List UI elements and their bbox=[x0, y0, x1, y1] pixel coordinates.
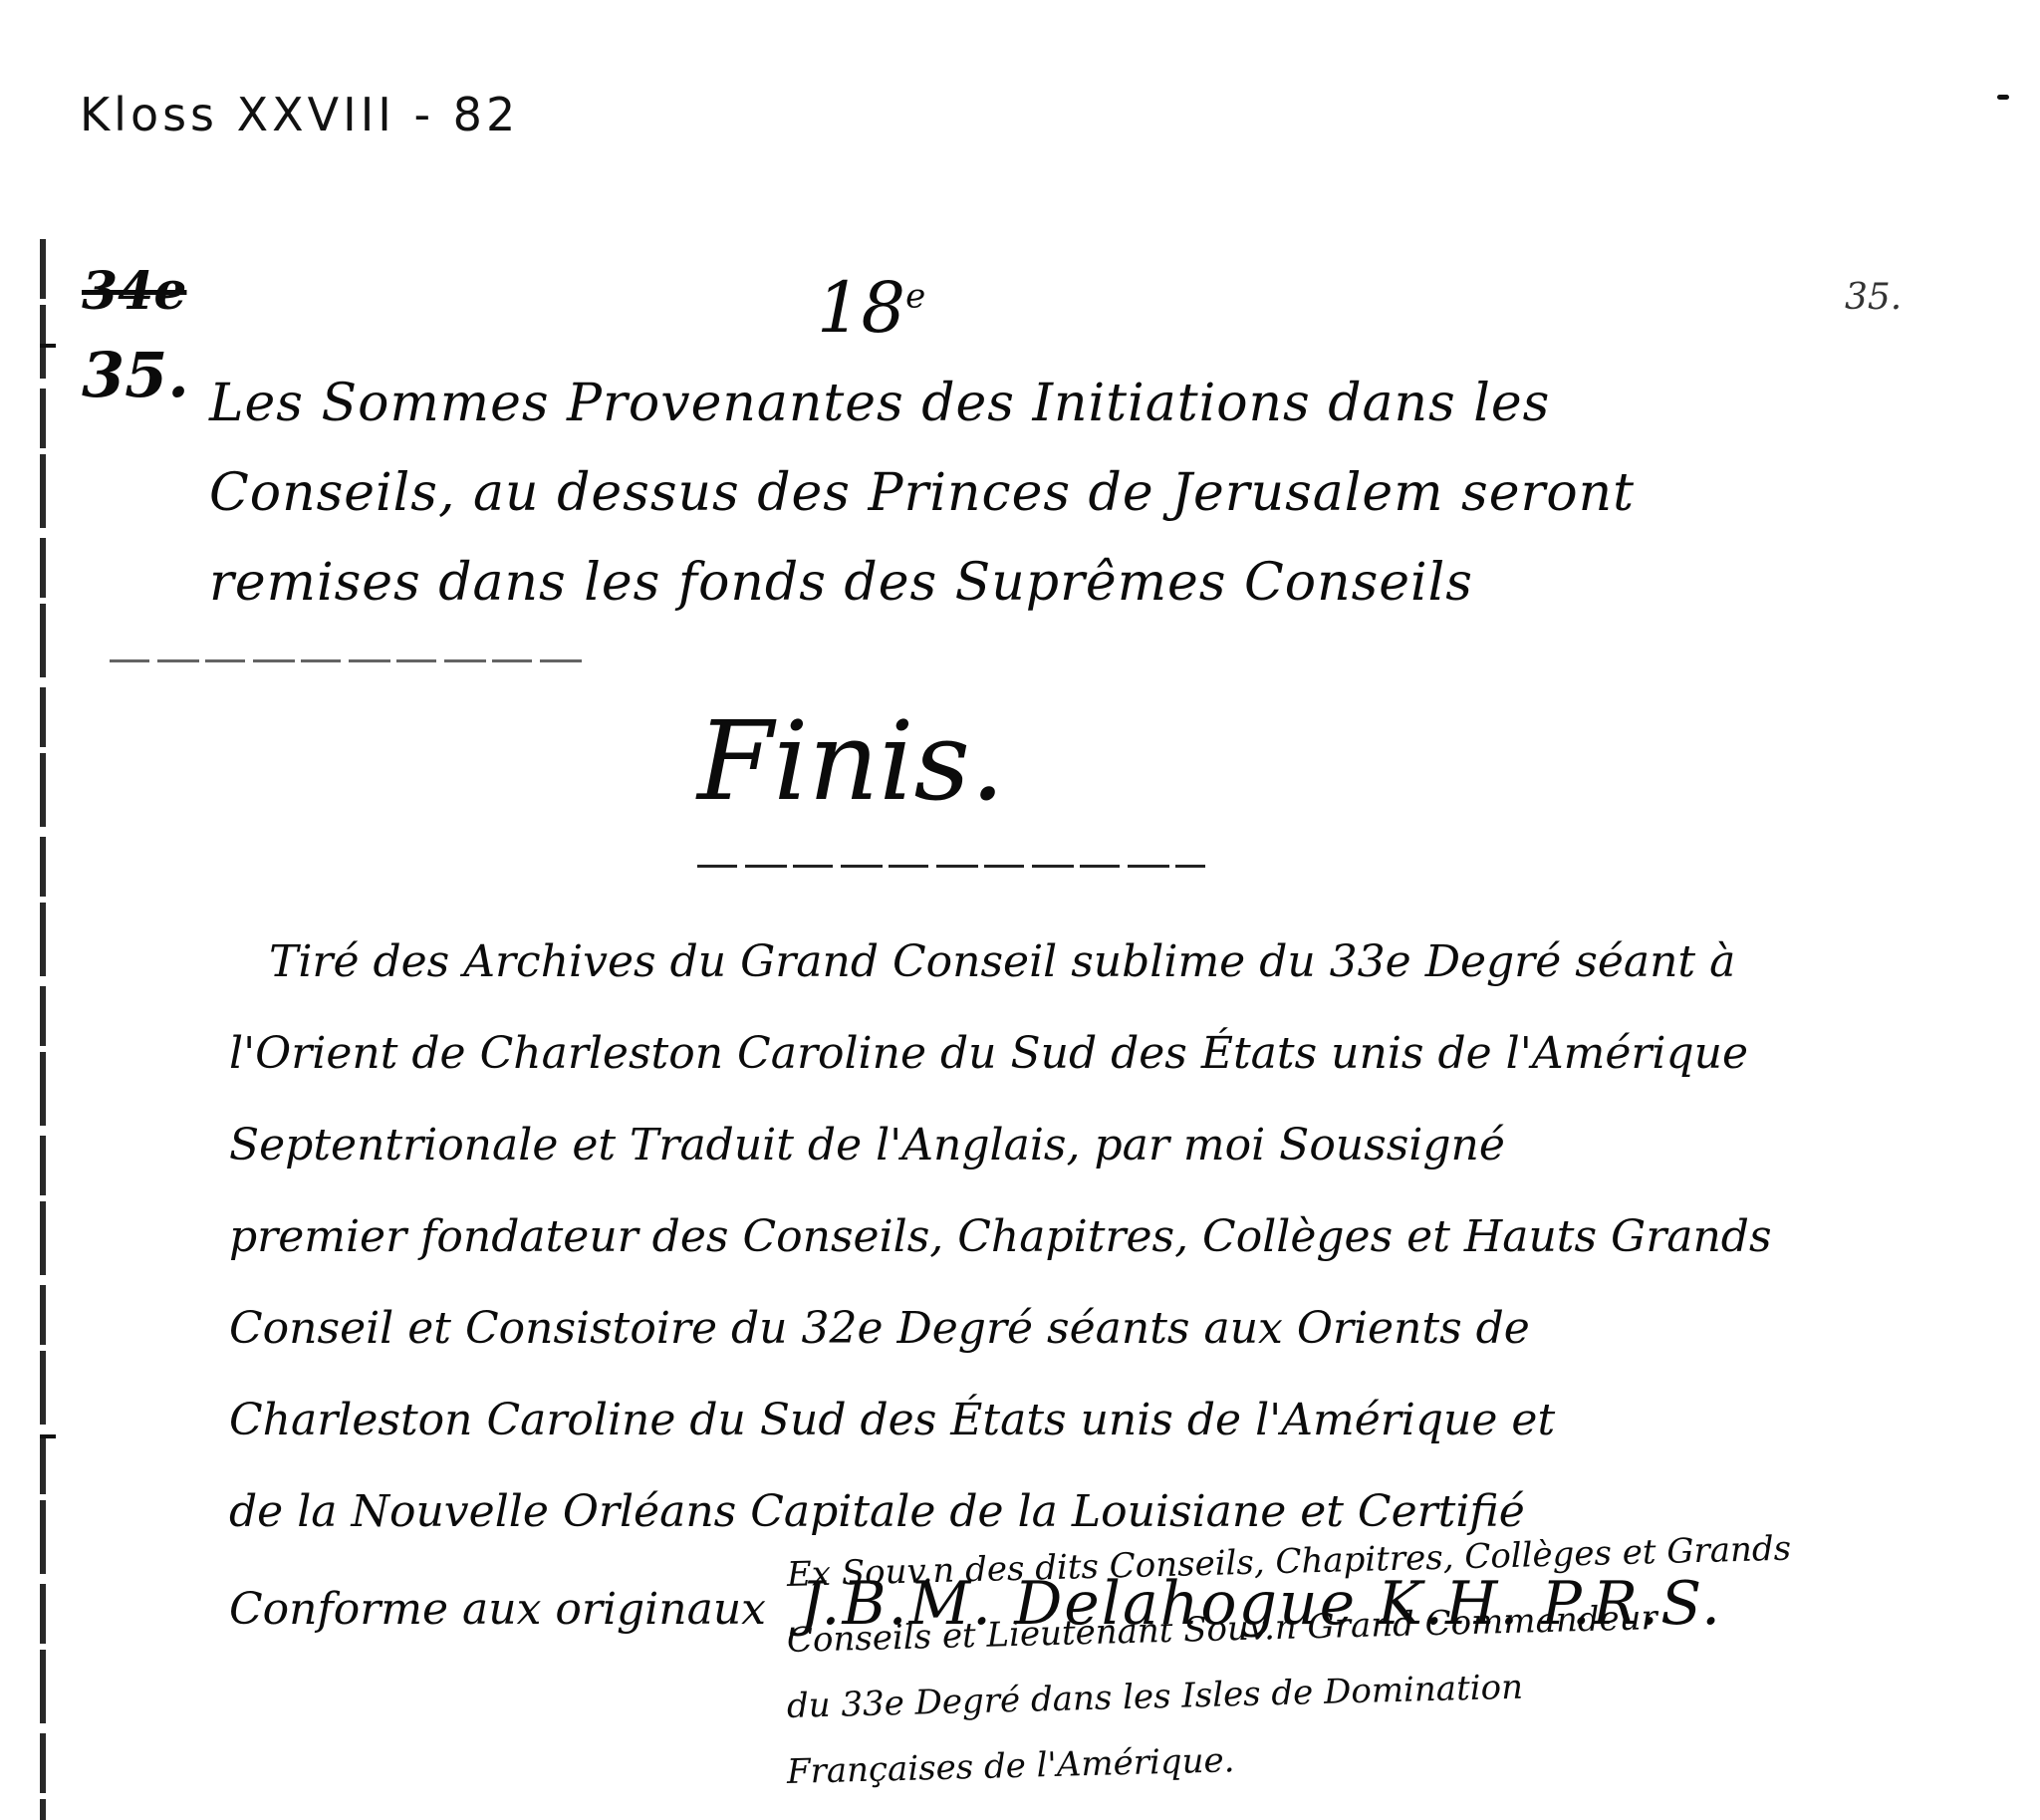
degree-suffix: e bbox=[905, 277, 925, 317]
closing-word: Finis. bbox=[697, 697, 1005, 825]
signatory-titles: Ex Souv.n des dits Conseils, Chapitres, … bbox=[787, 1542, 2012, 1805]
attestation-line: Tiré des Archives du Grand Conseil subli… bbox=[229, 916, 1982, 1008]
struck-article-number: 34e bbox=[82, 261, 186, 322]
margin-tick bbox=[40, 1434, 56, 1438]
left-margin-rule bbox=[40, 239, 46, 1820]
archive-reference-label: Kloss XXVIII - 82 bbox=[80, 88, 519, 141]
degree-number: 18 bbox=[817, 267, 905, 349]
article-paragraph: Les Sommes Provenantes des Initiations d… bbox=[209, 359, 1962, 628]
dashed-separator bbox=[697, 865, 1205, 868]
attestation-line: Conforme aux originaux bbox=[229, 1584, 766, 1635]
paragraph-line: Les Sommes Provenantes des Initiations d… bbox=[209, 359, 1962, 448]
attestation-line: Septentrionale et Traduit de l'Anglais, … bbox=[229, 1100, 1982, 1191]
ink-speck bbox=[1997, 95, 2009, 100]
paragraph-line: remises dans les fonds des Suprêmes Cons… bbox=[209, 538, 1962, 628]
article-number: 35. bbox=[82, 339, 189, 411]
folio-number: 35. bbox=[1845, 277, 1902, 318]
dotted-separator bbox=[110, 659, 588, 662]
attestation-line: Charleston Caroline du Sud des États uni… bbox=[229, 1375, 1982, 1466]
attestation-line: premier fondateur des Conseils, Chapitre… bbox=[229, 1191, 1982, 1283]
attestation-line: Conseil et Consistoire du 32e Degré séan… bbox=[229, 1283, 1982, 1375]
manuscript-page: Kloss XXVIII - 82 34e 35. 18e 35. Les So… bbox=[0, 0, 2040, 1820]
paragraph-line: Conseils, au dessus des Princes de Jerus… bbox=[209, 448, 1962, 538]
attestation-line: l'Orient de Charleston Caroline du Sud d… bbox=[229, 1008, 1982, 1100]
margin-tick bbox=[40, 344, 56, 348]
degree-heading: 18e bbox=[817, 267, 925, 349]
